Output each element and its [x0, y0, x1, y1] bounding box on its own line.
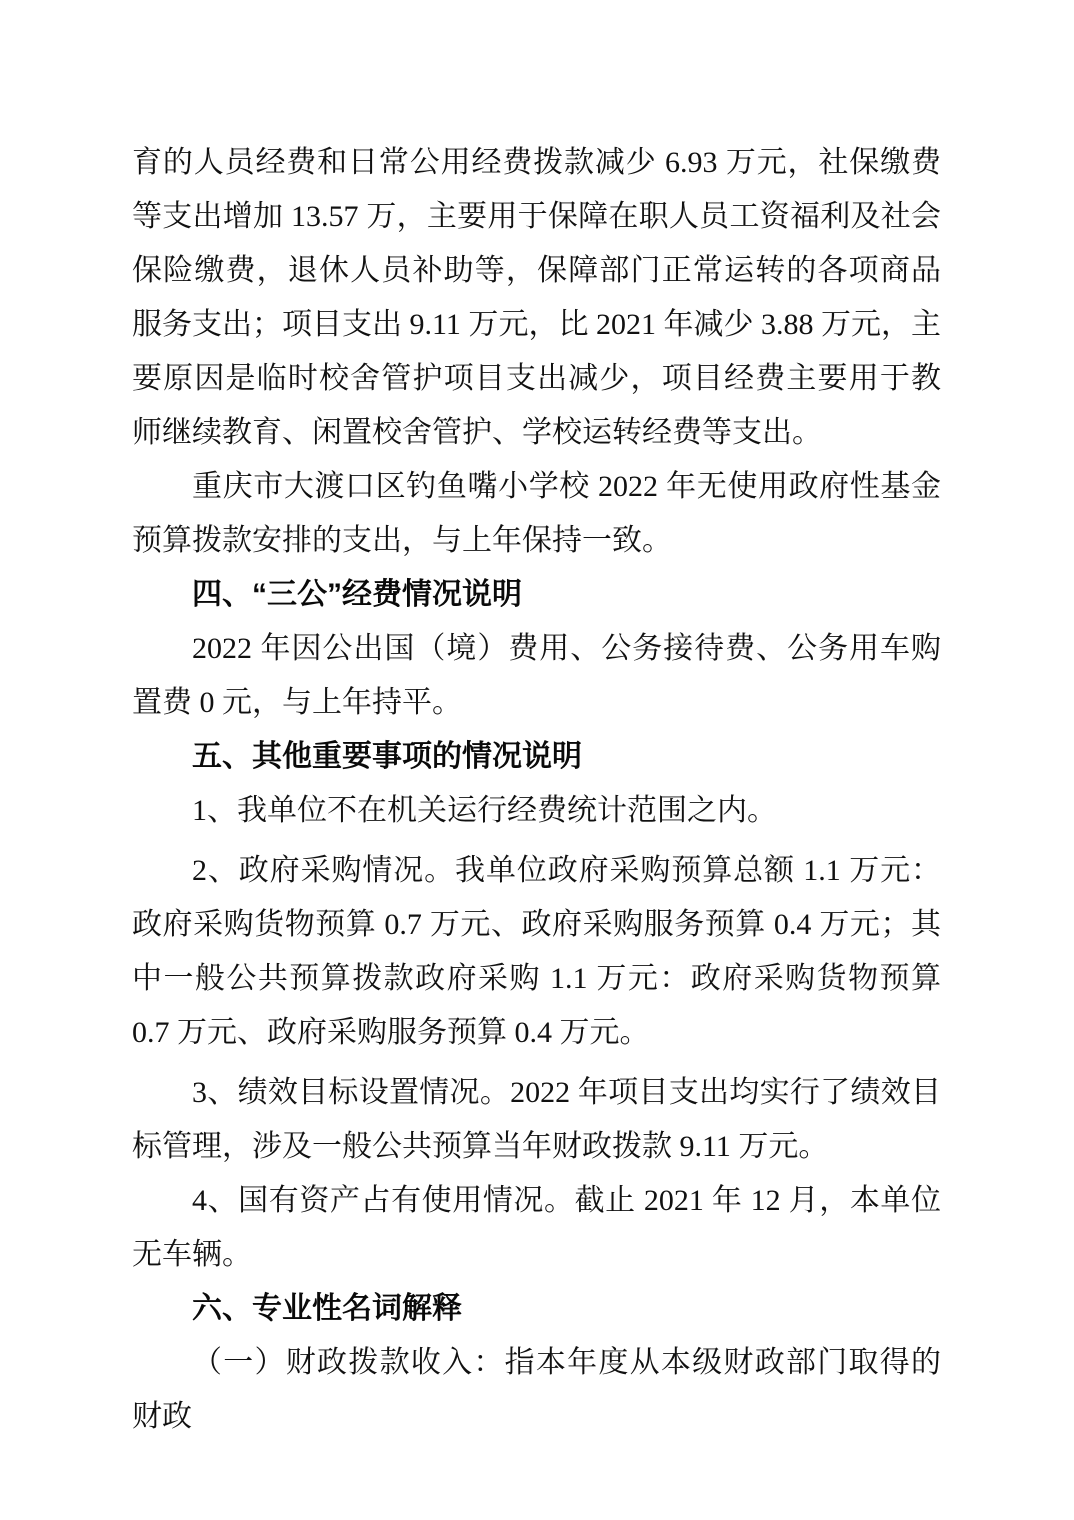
- paragraph: （一）财政拨款收入：指本年度从本级财政部门取得的财政: [132, 1336, 941, 1444]
- document-body: 育的人员经费和日常公用经费拨款减少 6.93 万元，社保缴费等支出增加 13.5…: [132, 136, 941, 1444]
- document-page: 育的人员经费和日常公用经费拨款减少 6.93 万元，社保缴费等支出增加 13.5…: [0, 0, 1074, 1520]
- section-heading: 四、“三公”经费情况说明: [132, 568, 941, 622]
- paragraph: 育的人员经费和日常公用经费拨款减少 6.93 万元，社保缴费等支出增加 13.5…: [132, 136, 941, 460]
- paragraph: 4、国有资产占有使用情况。截止 2021 年 12 月，本单位无车辆。: [132, 1174, 941, 1282]
- paragraph: 2022 年因公出国（境）费用、公务接待费、公务用车购置费 0 元，与上年持平。: [132, 622, 941, 730]
- paragraph: 1、我单位不在机关运行经费统计范围之内。: [132, 784, 941, 838]
- paragraph: 3、绩效目标设置情况。2022 年项目支出均实行了绩效目标管理，涉及一般公共预算…: [132, 1066, 941, 1174]
- paragraph: 2、政府采购情况。我单位政府采购预算总额 1.1 万元：政府采购货物预算 0.7…: [132, 844, 941, 1060]
- section-heading: 六、专业性名词解释: [132, 1282, 941, 1336]
- section-heading: 五、其他重要事项的情况说明: [132, 730, 941, 784]
- paragraph: 重庆市大渡口区钓鱼嘴小学校 2022 年无使用政府性基金预算拨款安排的支出，与上…: [132, 460, 941, 568]
